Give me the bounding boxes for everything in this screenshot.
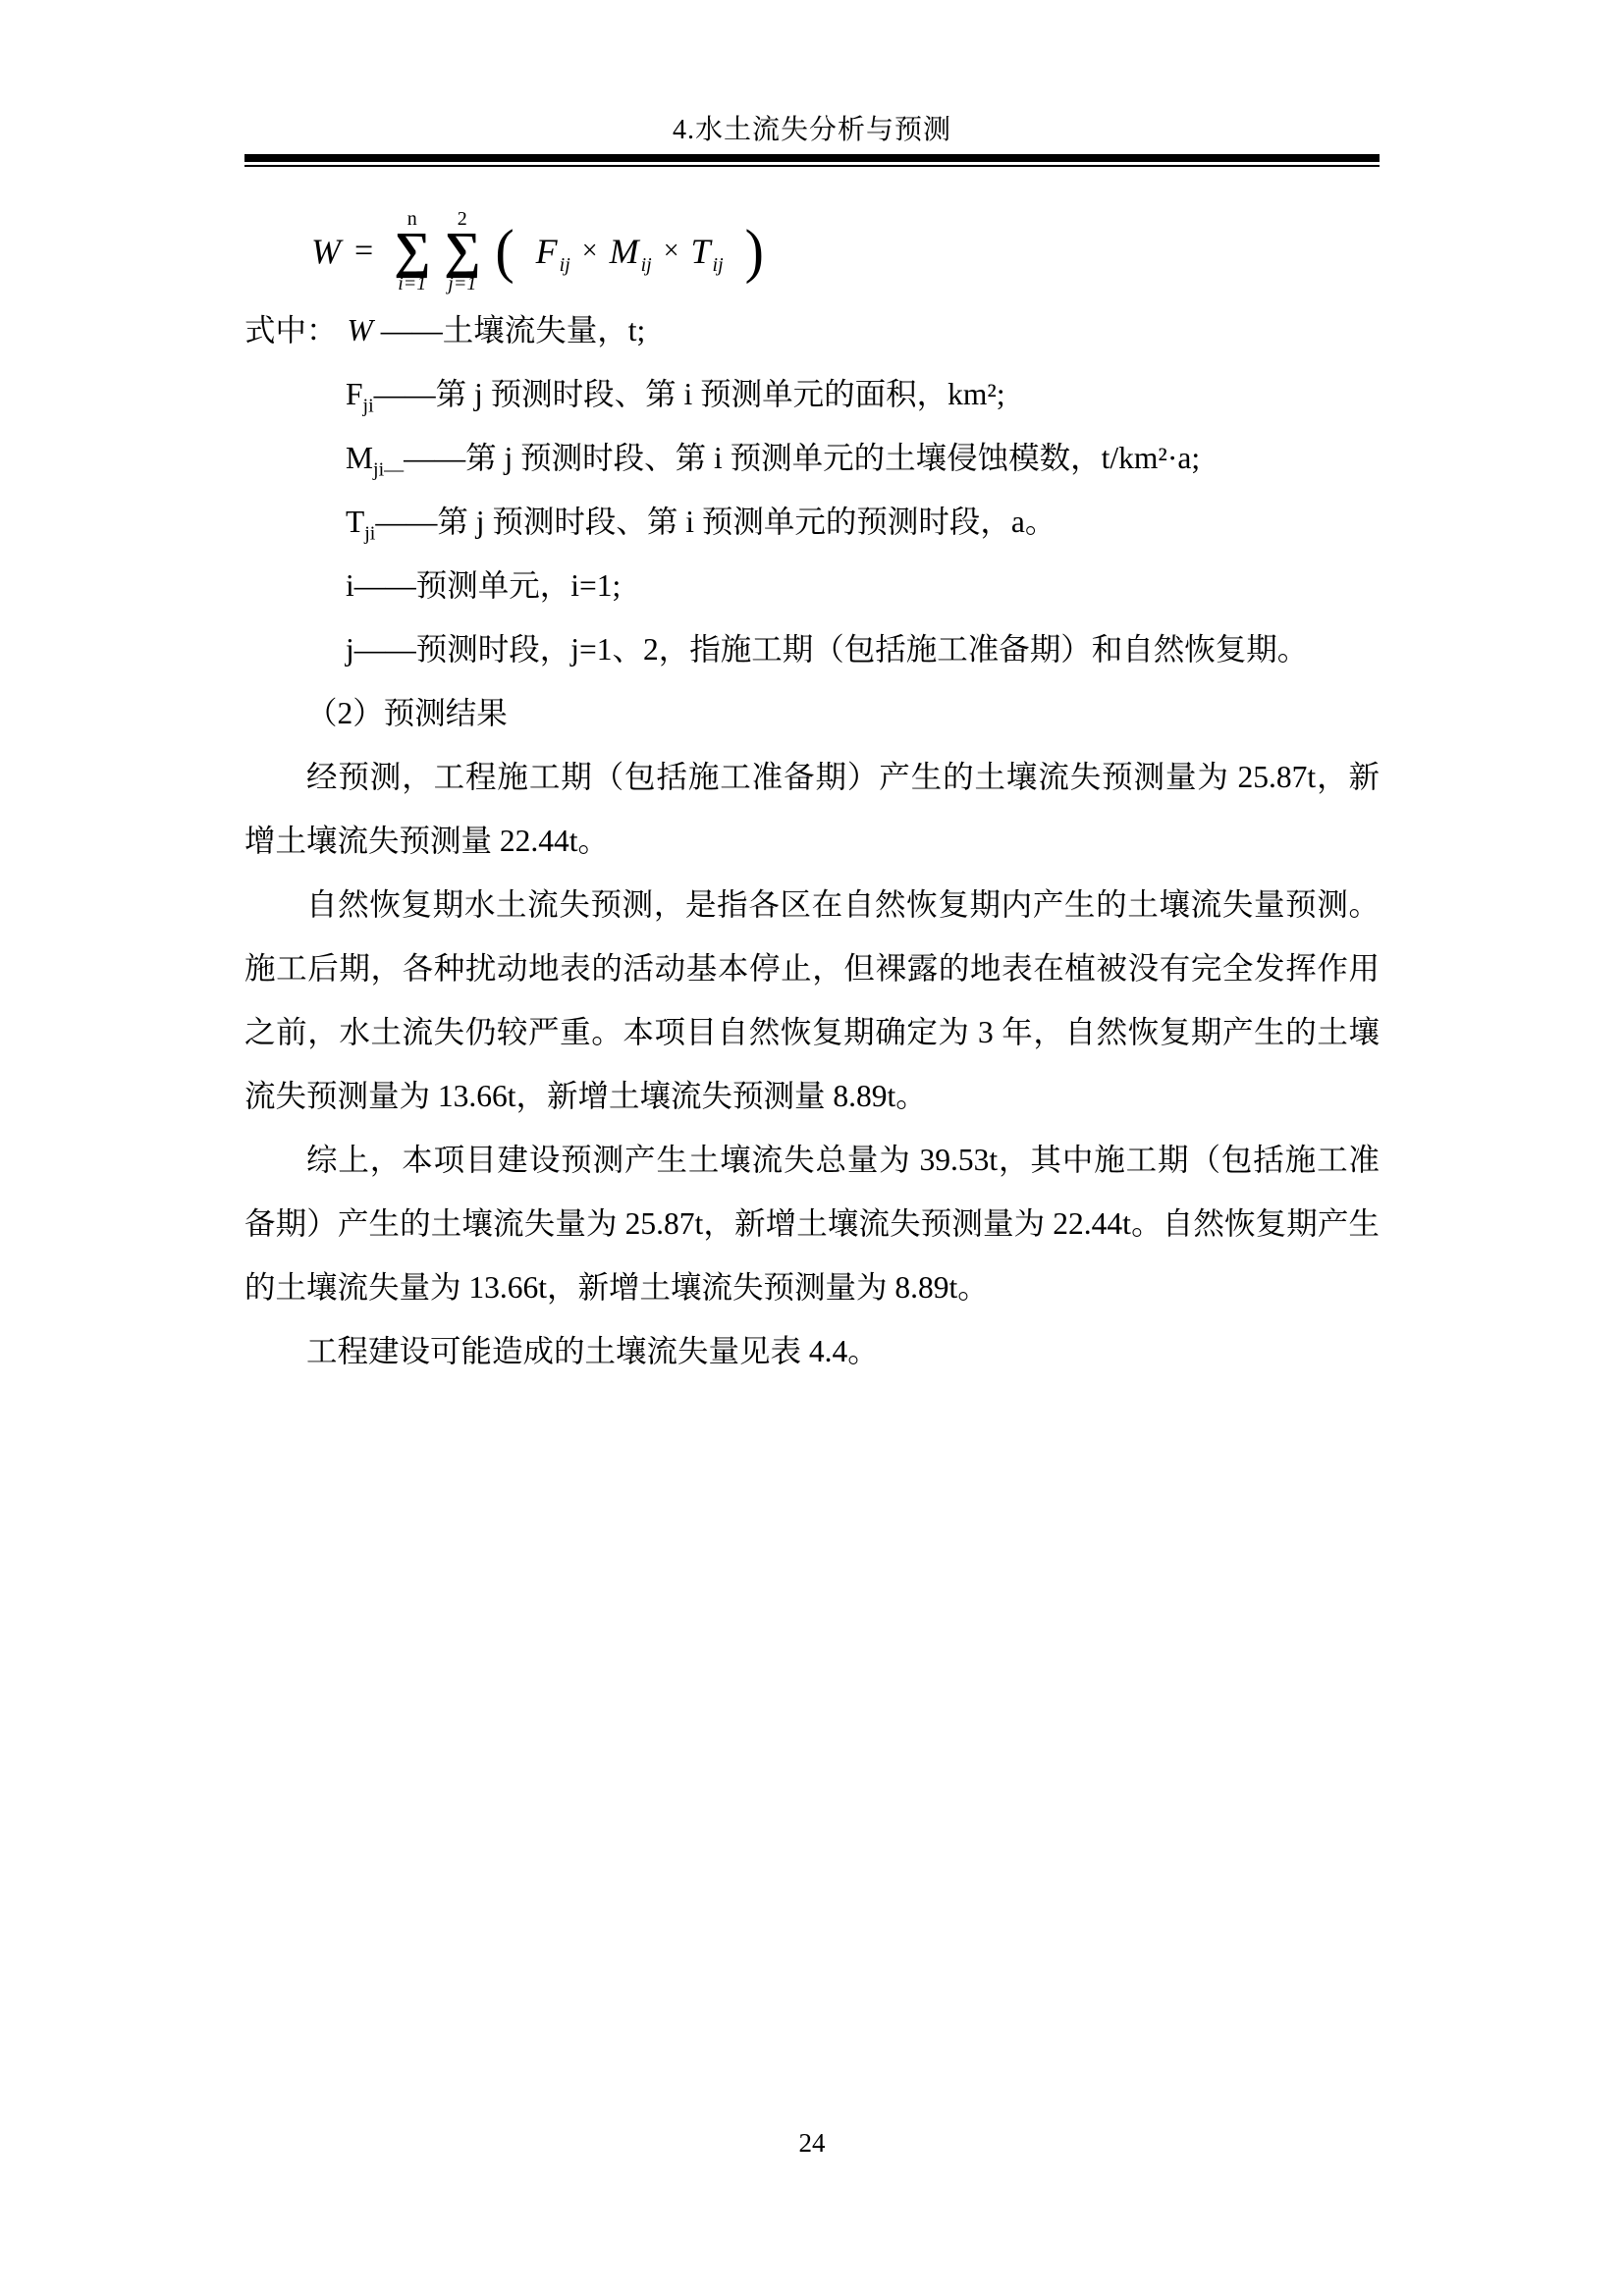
formula-row: W = n ∑ i=1 2 ∑ j=1 ( Fij × Mij × Tij ) bbox=[311, 208, 764, 294]
variable-symbol-f: F bbox=[346, 377, 363, 411]
close-paren: ) bbox=[745, 222, 764, 282]
definition-description: 第 j 预测时段、第 i 预测单元的面积，km²; bbox=[436, 377, 1005, 411]
definition-description: 预测单元，i=1; bbox=[416, 568, 622, 603]
dash: —— bbox=[354, 568, 416, 603]
dash: —— bbox=[354, 632, 416, 667]
sigma-symbol: ∑ bbox=[444, 230, 480, 273]
body-text: 式中：W——土壤流失量，t; Fji——第 j 预测时段、第 i 预测单元的面积… bbox=[244, 298, 1380, 1383]
definition-description: 第 j 预测时段、第 i 预测单元的预测时段，a。 bbox=[437, 505, 1056, 539]
paragraph-3: 综上，本项目建设预测产生土壤流失总量为 39.53t，其中施工期（包括施工准备期… bbox=[244, 1128, 1380, 1319]
page-header-title: 4.水土流失分析与预测 bbox=[244, 0, 1380, 147]
page-number: 24 bbox=[0, 2128, 1624, 2159]
multiply-sign: × bbox=[582, 236, 598, 267]
header-rule bbox=[244, 154, 1380, 167]
paragraph-2: 自然恢复期水土流失预测，是指各区在自然恢复期内产生的土壤流失量预测。施工后期，各… bbox=[244, 873, 1380, 1128]
variable-symbol-j: j bbox=[346, 632, 354, 667]
page-content: 4.水土流失分析与预测 W = n ∑ i=1 2 ∑ j=1 ( Fij × … bbox=[244, 0, 1380, 1383]
outer-sum: n ∑ i=1 bbox=[394, 208, 430, 294]
variable-subscript: ji— bbox=[373, 458, 404, 480]
soil-loss-formula: W = n ∑ i=1 2 ∑ j=1 ( Fij × Mij × Tij ) bbox=[311, 206, 1380, 296]
where-clause-line: 式中：W——土壤流失量，t; bbox=[244, 298, 1380, 362]
open-paren: ( bbox=[495, 222, 514, 282]
variable-symbol-t: T bbox=[346, 505, 364, 539]
dash: —— bbox=[374, 377, 436, 411]
variable-subscript: ji bbox=[364, 522, 375, 544]
term-t: Tij bbox=[691, 231, 724, 272]
document-page: { "header": { "title": "4.水土流失分析与预测" }, … bbox=[0, 0, 1624, 2296]
equals-sign: = bbox=[354, 233, 373, 270]
inner-sum: 2 ∑ j=1 bbox=[444, 208, 480, 294]
section-item-2: （2）预测结果 bbox=[244, 681, 1380, 745]
definition-line-t: Tji——第 j 预测时段、第 i 预测单元的预测时段，a。 bbox=[244, 490, 1380, 554]
variable-subscript: ji bbox=[363, 395, 374, 416]
dash: —— bbox=[404, 441, 465, 475]
definition-description: 第 j 预测时段、第 i 预测单元的土壤侵蚀模数，t/km²·a; bbox=[465, 441, 1200, 475]
paragraph-4: 工程建设可能造成的土壤流失量见表 4.4。 bbox=[244, 1319, 1380, 1383]
dash: —— bbox=[375, 505, 437, 539]
definition-line-f: Fji——第 j 预测时段、第 i 预测单元的面积，km²; bbox=[244, 362, 1380, 426]
inner-sum-lower-limit: j=1 bbox=[448, 273, 476, 294]
outer-sum-lower-limit: i=1 bbox=[398, 273, 426, 294]
definition-line-i: i——预测单元，i=1; bbox=[244, 554, 1380, 617]
definition-line-m: Mji———第 j 预测时段、第 i 预测单元的土壤侵蚀模数，t/km²·a; bbox=[244, 426, 1380, 490]
sigma-symbol: ∑ bbox=[394, 230, 430, 273]
variable-symbol-w: W bbox=[348, 313, 373, 347]
multiply-sign: × bbox=[664, 236, 679, 267]
dash: —— bbox=[381, 313, 443, 347]
formula-lhs-w: W bbox=[311, 231, 341, 272]
term-m: Mij bbox=[610, 231, 652, 272]
where-description: 土壤流失量，t; bbox=[443, 313, 646, 347]
definition-description: 预测时段，j=1、2，指施工期（包括施工准备期）和自然恢复期。 bbox=[416, 632, 1309, 667]
paragraph-1: 经预测，工程施工期（包括施工准备期）产生的土壤流失预测量为 25.87t，新增土… bbox=[244, 745, 1380, 873]
where-prefix: 式中： bbox=[244, 313, 338, 347]
definition-line-j: j——预测时段，j=1、2，指施工期（包括施工准备期）和自然恢复期。 bbox=[244, 617, 1380, 681]
variable-symbol-i: i bbox=[346, 568, 354, 603]
term-f: Fij bbox=[536, 231, 570, 272]
variable-symbol-m: M bbox=[346, 441, 373, 475]
